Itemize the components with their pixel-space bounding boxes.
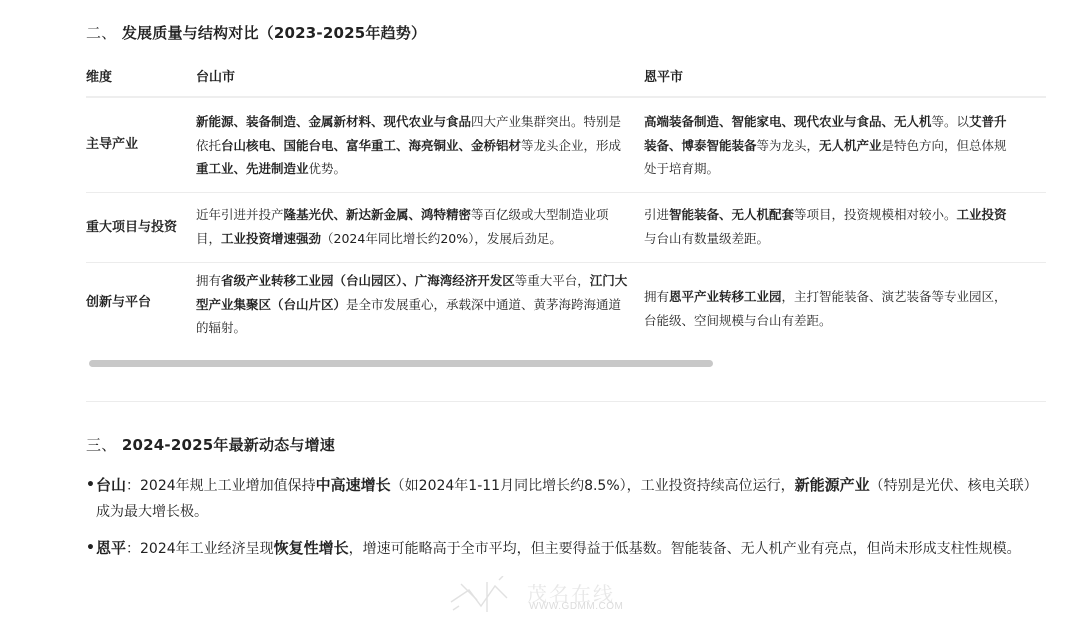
table-header-row: 维度 台山市 恩平市 [86,56,1046,98]
list-item-taishan: • 台山：2024年规上工业增加值保持中高速增长（如2024年1-11月同比增长… [86,472,1046,525]
taishan-cell: 近年引进并投产隆基光伏、新达新金属、鸿特精密等百亿级或大型制造业项目，工业投资增… [196,203,628,250]
bullet-text: 台山：2024年规上工业增加值保持中高速增长（如2024年1-11月同比增长约8… [96,478,1038,520]
bullet-dot-icon: • [86,472,95,498]
horizontal-scrollbar[interactable] [86,360,1046,368]
table-row: 重大项目与投资 近年引进并投产隆基光伏、新达新金属、鸿特精密等百亿级或大型制造业… [86,193,1046,263]
watermark-url: WWW.GDMM.COM [529,601,623,612]
enping-cell: 引进智能装备、无人机配套等项目，投资规模相对较小。工业投资与台山有数量级差距。 [644,203,1046,250]
taishan-cell: 新能源、装备制造、金属新材料、现代农业与食品四大产业集群突出。特别是依托台山核电… [196,110,628,181]
section-divider [86,401,1046,402]
enping-cell: 拥有恩平产业转移工业园，主打智能装备、演艺装备等专业园区，台能级、空间规模与台山… [644,285,1046,332]
header-taishan: 台山市 [196,66,235,85]
section-3-title: 2024-2025年最新动态与增速 [122,436,335,454]
section-3-number: 三、 [86,436,116,454]
header-dimension: 维度 [86,66,112,85]
section-2-heading: 二、 发展质量与结构对比（2023-2025年趋势） [86,22,426,43]
bullet-text: 恩平：2024年工业经济呈现恢复性增长，增速可能略高于全市平均，但主要得益于低基… [96,541,1021,557]
enping-cell: 高端装备制造、智能家电、现代农业与食品、无人机等。以艾普升装备、博泰智能装备等为… [644,110,1046,181]
watermark-star-icon [447,576,525,616]
row-dimension-label: 创新与平台 [86,263,151,343]
header-enping: 恩平市 [644,66,683,85]
bullet-dot-icon: • [86,535,95,561]
scrollbar-thumb[interactable] [89,360,713,367]
list-item-enping: • 恩平：2024年工业经济呈现恢复性增长，增速可能略高于全市平均，但主要得益于… [86,535,1046,562]
bullet-list: • 台山：2024年规上工业增加值保持中高速增长（如2024年1-11月同比增长… [86,472,1046,572]
watermark-logo: 茂名在线 WWW.GDMM.COM [447,576,647,616]
row-dimension-label: 主导产业 [86,98,138,192]
row-dimension-label: 重大项目与投资 [86,193,177,262]
table-row: 主导产业 新能源、装备制造、金属新材料、现代农业与食品四大产业集群突出。特别是依… [86,98,1046,193]
comparison-table-scroll-container[interactable]: 维度 台山市 恩平市 主导产业 新能源、装备制造、金属新材料、现代农业与食品四大… [86,56,1046,356]
taishan-cell: 拥有省级产业转移工业园（台山园区）、广海湾经济开发区等重大平台，江门大型产业集聚… [196,269,628,340]
section-2-title: 发展质量与结构对比（2023-2025年趋势） [122,24,426,42]
comparison-table: 维度 台山市 恩平市 主导产业 新能源、装备制造、金属新材料、现代农业与食品四大… [86,56,1046,343]
table-row: 创新与平台 拥有省级产业转移工业园（台山园区）、广海湾经济开发区等重大平台，江门… [86,263,1046,343]
section-2-number: 二、 [86,24,116,42]
section-3-heading: 三、 2024-2025年最新动态与增速 [86,434,335,455]
